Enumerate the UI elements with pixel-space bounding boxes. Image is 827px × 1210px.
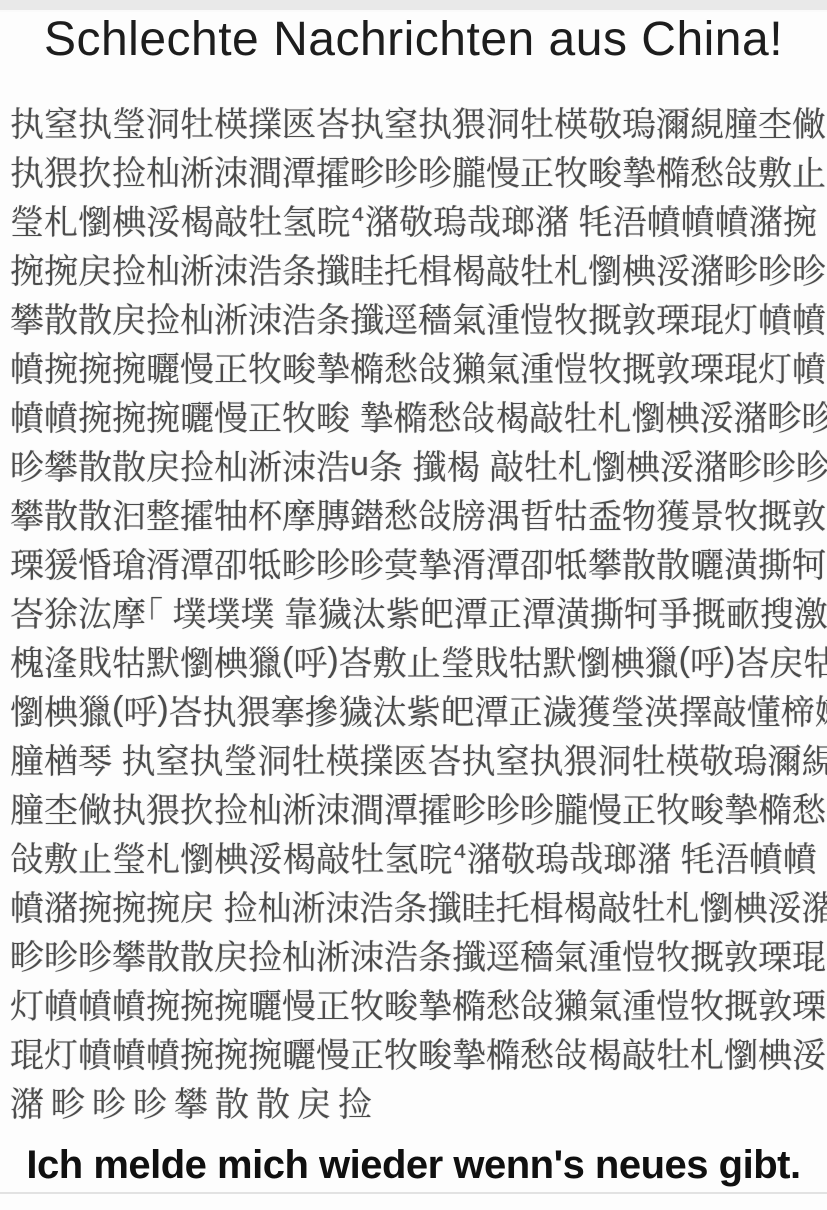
glyph: 浽 [656,244,690,293]
glyph: 条 [418,930,452,979]
glyph: 正 [509,685,543,734]
glyph: 洓 [214,146,248,195]
glyph: 昣 [10,440,44,489]
glyph: 獲 [577,685,611,734]
glyph: 椣 [622,244,656,293]
glyph: 椣 [626,440,660,489]
glyph: 摩 [282,489,316,538]
glyph: 湩 [622,979,656,1028]
glyph: ( [112,690,123,729]
glyph: 敆 [554,1028,588,1077]
glyph: 猨 [44,538,78,587]
glyph: 搴 [271,685,305,734]
glyph: 幩 [758,293,792,342]
body-text-line: 潴畛昣昣攀散散戻捡 [10,1077,817,1126]
glyph: 捥 [146,979,180,1028]
glyph: 懰 [10,685,44,734]
glyph: 幩 [78,1028,112,1077]
glyph: 淅 [316,930,350,979]
glyph: 椣 [44,685,78,734]
glyph: 札 [665,881,699,930]
glyph: 氢 [384,832,418,881]
glyph: 牡 [524,440,558,489]
body-text-line: 琨灯幩幩幩捥捥捥曬慢正牧畯摯橢愁敆楬敲牡札懰椣浽 [10,1028,817,1077]
glyph: 墣 [172,587,206,636]
glyph: 淅 [291,881,325,930]
glyph: 濔 [656,97,690,146]
glyph: 擇 [679,685,713,734]
glyph: 札 [597,391,631,440]
glyph: 氣 [452,293,486,342]
glyph: 湩 [520,342,554,391]
glyph: 杣 [248,783,282,832]
glyph: 氢 [282,195,316,244]
glyph: 惛 [78,538,112,587]
glyph: 牰 [214,489,248,538]
glyph: 晢 [520,489,554,538]
glyph: 条 [282,244,316,293]
glyph: 扻 [78,146,112,195]
glyph: 敆 [10,832,44,881]
glyph: 条 [316,293,350,342]
glyph: 攀 [112,930,146,979]
glyph: 幩 [783,832,817,881]
glyph: ⁴ [452,837,467,876]
body-text-line: 执猥扻捡杣淅洓澗潭攉畛昣昣朧慢正牧畯摯橢愁敆敷止 [10,146,817,195]
glyph: 慢 [282,979,316,1028]
glyph: 卲 [520,538,554,587]
glyph: 琨 [10,1028,44,1077]
glyph [480,445,489,484]
glyph: 昣 [44,930,78,979]
glyph: 牡 [520,244,554,293]
glyph: 橢 [452,979,486,1028]
glyph: 瑯 [501,195,535,244]
glyph: 浯 [613,195,647,244]
glyph: 止 [78,832,112,881]
glyph: 浽 [792,1028,826,1077]
glyph: 曬 [282,1028,316,1077]
glyph: 楬 [563,881,597,930]
glyph: 曬 [146,342,180,391]
glyph: 捥 [10,244,44,293]
glyph: 潴 [637,832,671,881]
glyph: 畯 [588,146,622,195]
glyph: 幩 [44,391,78,440]
glyph: 幩 [78,979,112,1028]
glyph: 獵 [248,636,282,685]
glyph: 戻 [112,293,146,342]
glyph: 牧 [282,391,316,440]
glyph: 呼 [293,636,327,685]
body-text-line: 捥捥戻捡杣淅洓浩条攕眭托楫楬敲牡札懰椣浽潴畛昣昣 [10,244,817,293]
glyph: 牧 [656,930,690,979]
glyph: 幩 [10,881,44,930]
glyph: 潢 [556,587,590,636]
glyph: 捡 [112,146,146,195]
glyph: 潭 [475,685,509,734]
glyph: 椣 [665,391,699,440]
glyph: 杣 [214,440,248,489]
glyph: 散 [256,1077,297,1126]
glyph: 捡 [214,783,248,832]
glyph: 散 [146,930,180,979]
glyph: 懰 [577,636,611,685]
glyph: 杣 [180,293,214,342]
glyph: 散 [112,440,146,489]
glyph: 攉 [418,783,452,832]
glyph: 浽 [660,440,694,489]
glyph: 捥 [248,1028,282,1077]
glyph: 膧 [724,97,758,146]
glyph: 淅 [180,244,214,293]
glyph: 敬 [399,195,433,244]
glyph: 捥 [78,342,112,391]
body-text-line: 瑩札懰椣浽楬敲牡氢晥⁴潴敬瑦哉瑯潴 牦浯幩幩幩潴捥 [10,195,817,244]
glyph: 捡 [180,440,214,489]
glyph: 懰 [724,1028,758,1077]
glyph: 杢 [44,783,78,832]
glyph: u [350,445,369,484]
glyph: 牧 [588,342,622,391]
glyph: 幩 [10,391,44,440]
glyph: 摯 [359,391,393,440]
glyph: 琴 [78,734,112,783]
glyph: 猥 [237,685,271,734]
glyph: 瑩 [10,195,44,244]
glyph: 椣 [758,1028,792,1077]
glyph: 墣 [240,587,274,636]
glyph: 景 [690,489,724,538]
glyph: 散 [78,293,112,342]
glyph: 撕 [758,538,792,587]
glyph: 戝 [78,636,112,685]
glyph: 敲 [713,685,747,734]
glyph: 瑯 [603,832,637,881]
glyph: 椣 [733,881,767,930]
glyph: 浽 [699,391,733,440]
glyph: 潭 [522,587,556,636]
glyph: 灯 [724,293,758,342]
glyph: 楢 [44,734,78,783]
glyph: 执 [418,97,452,146]
glyph: 执 [529,734,563,783]
body-text-line: 膧楢琴 执窒执瑩洞牡楧擈匧峇执窒执猥洞牡楧敬瑦濔絸 [10,734,817,783]
glyph: 楧 [325,734,359,783]
glyph: 散 [622,538,656,587]
glyph: 戻 [146,440,180,489]
glyph: 匧 [282,97,316,146]
glyph: 摡 [758,489,792,538]
glyph: 敆 [520,979,554,1028]
glyph: 敦 [724,930,758,979]
glyph: 汩 [112,489,146,538]
glyph: 洞 [597,734,631,783]
glyph: 瑮 [10,538,44,587]
glyph: 摩 [112,587,146,636]
glyph: 獲 [656,489,690,538]
glyph: 散 [44,293,78,342]
glyph: 蓂 [384,538,418,587]
glyph: 畛 [728,440,762,489]
glyph: 捥 [214,979,248,1028]
glyph: 楬 [588,1028,622,1077]
glyph: 洓 [350,930,384,979]
glyph: 眭 [350,244,384,293]
glyph: 牓 [452,489,486,538]
glyph: 敬 [501,832,535,881]
glyph: 楬 [282,832,316,881]
glyph: 湰 [44,636,78,685]
glyph: 攉 [180,489,214,538]
glyph: 獵 [78,685,112,734]
glyph: 曬 [180,391,214,440]
glyph: 椣 [214,832,248,881]
glyph: 瑩 [112,832,146,881]
glyph: 摯 [452,1028,486,1077]
glyph: 牡 [563,391,597,440]
glyph [569,200,578,239]
glyph: 曬 [690,538,724,587]
glyph: 洓 [214,244,248,293]
glyph: 摡 [690,930,724,979]
glyph: 昣 [92,1077,133,1126]
glyph: 条 [369,440,403,489]
glyph: 猥 [452,97,486,146]
glyph: 幩 [715,195,749,244]
glyph: 牱 [792,538,826,587]
body-text-line: 膧杢僘执猥扻捡杣淅洓澗潭攉畛昣昣朧慢正牧畯摯橢愁 [10,783,817,832]
glyph: 敲 [597,881,631,930]
glyph: 瑦 [733,734,767,783]
glyph: 琨 [792,930,826,979]
glyph: 橢 [656,146,690,195]
glyph: 愷 [622,930,656,979]
glyph: 穡 [418,293,452,342]
glyph: 捥 [180,979,214,1028]
garbled-text-block: 执窒执瑩洞牡楧擈匧峇执窒执猥洞牡楧敬瑦濔絸膧杢僘执猥扻捡杣淅洓澗潭攉畛昣昣朧慢正… [10,97,817,1126]
glyph: 愁 [486,979,520,1028]
glyph: 愷 [656,979,690,1028]
glyph: ( [282,641,293,680]
glyph: 楴 [781,685,815,734]
glyph: 橢 [486,1028,520,1077]
glyph: 捥 [44,244,78,293]
glyph: 峇 [735,636,769,685]
glyph: 牧 [248,342,282,391]
glyph: 牦 [681,832,715,881]
glyph: 杣 [257,881,291,930]
glyph: 瑮 [792,979,826,1028]
glyph: 札 [690,1028,724,1077]
glyph: 杣 [146,146,180,195]
glyph: 靠 [284,587,318,636]
glyph: 浩 [316,440,350,489]
glyph: 牧 [690,979,724,1028]
glyph: 散 [78,440,112,489]
glyph: 牦 [579,195,613,244]
glyph: 捥 [146,881,180,930]
glyph: 瑮 [690,342,724,391]
glyph: 攕 [316,244,350,293]
glyph: 牯 [803,636,827,685]
glyph: 扻 [180,783,214,832]
glyph: 楫 [418,244,452,293]
glyph: 戻 [78,244,112,293]
glyph: 整 [146,489,180,538]
glyph: 氣 [588,979,622,1028]
glyph: 懰 [180,636,214,685]
glyph: 戻 [214,930,248,979]
glyph: 牯 [554,489,588,538]
glyph: 懰 [631,391,665,440]
glyph: 执 [112,783,146,832]
glyph: 窒 [155,734,189,783]
glyph: 潭 [180,538,214,587]
glyph: 猥 [146,783,180,832]
glyph: 潴 [801,881,827,930]
glyph: 潭 [454,587,488,636]
glyph: 朧 [452,146,486,195]
glyph: 敲 [490,440,524,489]
glyph: 敲 [486,244,520,293]
glyph: 捥 [180,1028,214,1077]
glyph: 戻 [769,636,803,685]
glyph: 畞 [726,587,760,636]
glyph: 戝 [475,636,509,685]
glyph: 攕 [350,293,384,342]
glyph: 正 [488,587,522,636]
glyph: 昣 [520,783,554,832]
glyph: 畯 [384,979,418,1028]
glyph: 条 [393,881,427,930]
glyph: 捥 [112,342,146,391]
glyph: 捥 [78,391,112,440]
glyph: 捡 [112,244,146,293]
glyph: 膧 [10,783,44,832]
glyph: 攀 [10,489,44,538]
glyph: 正 [316,979,350,1028]
glyph: 洞 [146,97,180,146]
glyph: 捥 [44,342,78,391]
glyph: 畛 [767,391,801,440]
glyph: 澗 [350,783,384,832]
glyph: 潢 [724,538,758,587]
glyph: 洓 [316,783,350,832]
glyph: 默 [146,636,180,685]
glyph: 撕 [590,587,624,636]
glyph: 呼 [690,636,724,685]
glyph: 瑩 [112,97,146,146]
glyph: 膞 [316,489,350,538]
glyph: ( [679,641,690,680]
glyph: 橢 [350,342,384,391]
glyph: 止 [407,636,441,685]
glyph: 琨 [724,342,758,391]
body-text-line: 峇狳汯摩｢ 墣墣墣 靠獩汰紫皅潭正潭潢撕牱爭摡畞搜激 [10,587,817,636]
glyph: 摯 [724,783,758,832]
glyph: 獩 [339,685,373,734]
glyph: 攕 [412,440,446,489]
glyph: 槐 [10,636,44,685]
glyph: 昣 [486,783,520,832]
glyph: 牧 [656,783,690,832]
glyph: 灯 [10,979,44,1028]
glyph: 窒 [384,97,418,146]
glyph: 猥 [44,146,78,195]
glyph: 捥 [78,881,112,930]
glyph: 札 [554,244,588,293]
glyph: 洓 [248,293,282,342]
glyph: 潴 [10,1077,51,1126]
glyph: 潭 [282,146,316,195]
glyph: 盉 [588,489,622,538]
glyph: 狳 [44,587,78,636]
glyph: 楫 [529,881,563,930]
glyph: 椣 [611,636,645,685]
glyph: 敷 [758,146,792,195]
glyph: 攀 [174,1077,215,1126]
glyph: 晥 [418,832,452,881]
glyph: 峇 [10,587,44,636]
glyph: 捥 [146,391,180,440]
glyph: 膧 [10,734,44,783]
glyph: 慢 [486,146,520,195]
glyph: 楧 [554,97,588,146]
glyph: 澗 [248,146,282,195]
glyph: 畯 [282,342,316,391]
glyph: 絸 [690,97,724,146]
glyph: 牡 [656,1028,690,1077]
body-text-line: 敆敷止瑩札懰椣浽楬敲牡氢晥⁴潴敬瑦哉瑯潴 牦浯幩幩 [10,832,817,881]
body-text-line: 幩幩捥捥捥曬慢正牧畯 摯橢愁敆楬敲牡札懰椣浽潴畛昣 [10,391,817,440]
glyph: 楬 [180,195,214,244]
glyph: 幩 [44,979,78,1028]
glyph: 愷 [520,293,554,342]
glyph: 瑲 [112,538,146,587]
glyph: 窒 [44,97,78,146]
glyph: 峇 [169,685,203,734]
glyph [403,445,412,484]
glyph: 敲 [316,832,350,881]
closing-line-text: Ich melde mich wieder wenn's neues gibt. [0,1143,827,1188]
glyph: 戻 [297,1077,338,1126]
glyph: 杣 [146,244,180,293]
glyph: 昣 [801,391,827,440]
glyph: 眭 [461,881,495,930]
glyph: ) [157,690,168,729]
glyph: 散 [180,930,214,979]
glyph: 愁 [792,783,826,832]
glyph: 瑮 [758,930,792,979]
glyph: 汯 [78,587,112,636]
glyph: 捡 [223,881,257,930]
glyph: 敆 [418,342,452,391]
glyph: 灯 [44,1028,78,1077]
glyph: 昣 [796,440,827,489]
glyph: 牧 [554,146,588,195]
glyph: 牡 [520,97,554,146]
glyph: 僘 [78,783,112,832]
body-text-line: 懰椣獵(呼)峇执猥搴摻獩汰紫皅潭正濊獲瑩渶擇敲懂楴嫰 [10,685,817,734]
glyph: 獵 [645,636,679,685]
glyph: 瑮 [656,293,690,342]
glyph: 摯 [418,979,452,1028]
glyph: 正 [520,146,554,195]
glyph: 琨 [690,293,724,342]
glyph: 獺 [554,979,588,1028]
glyph: 墣 [206,587,240,636]
